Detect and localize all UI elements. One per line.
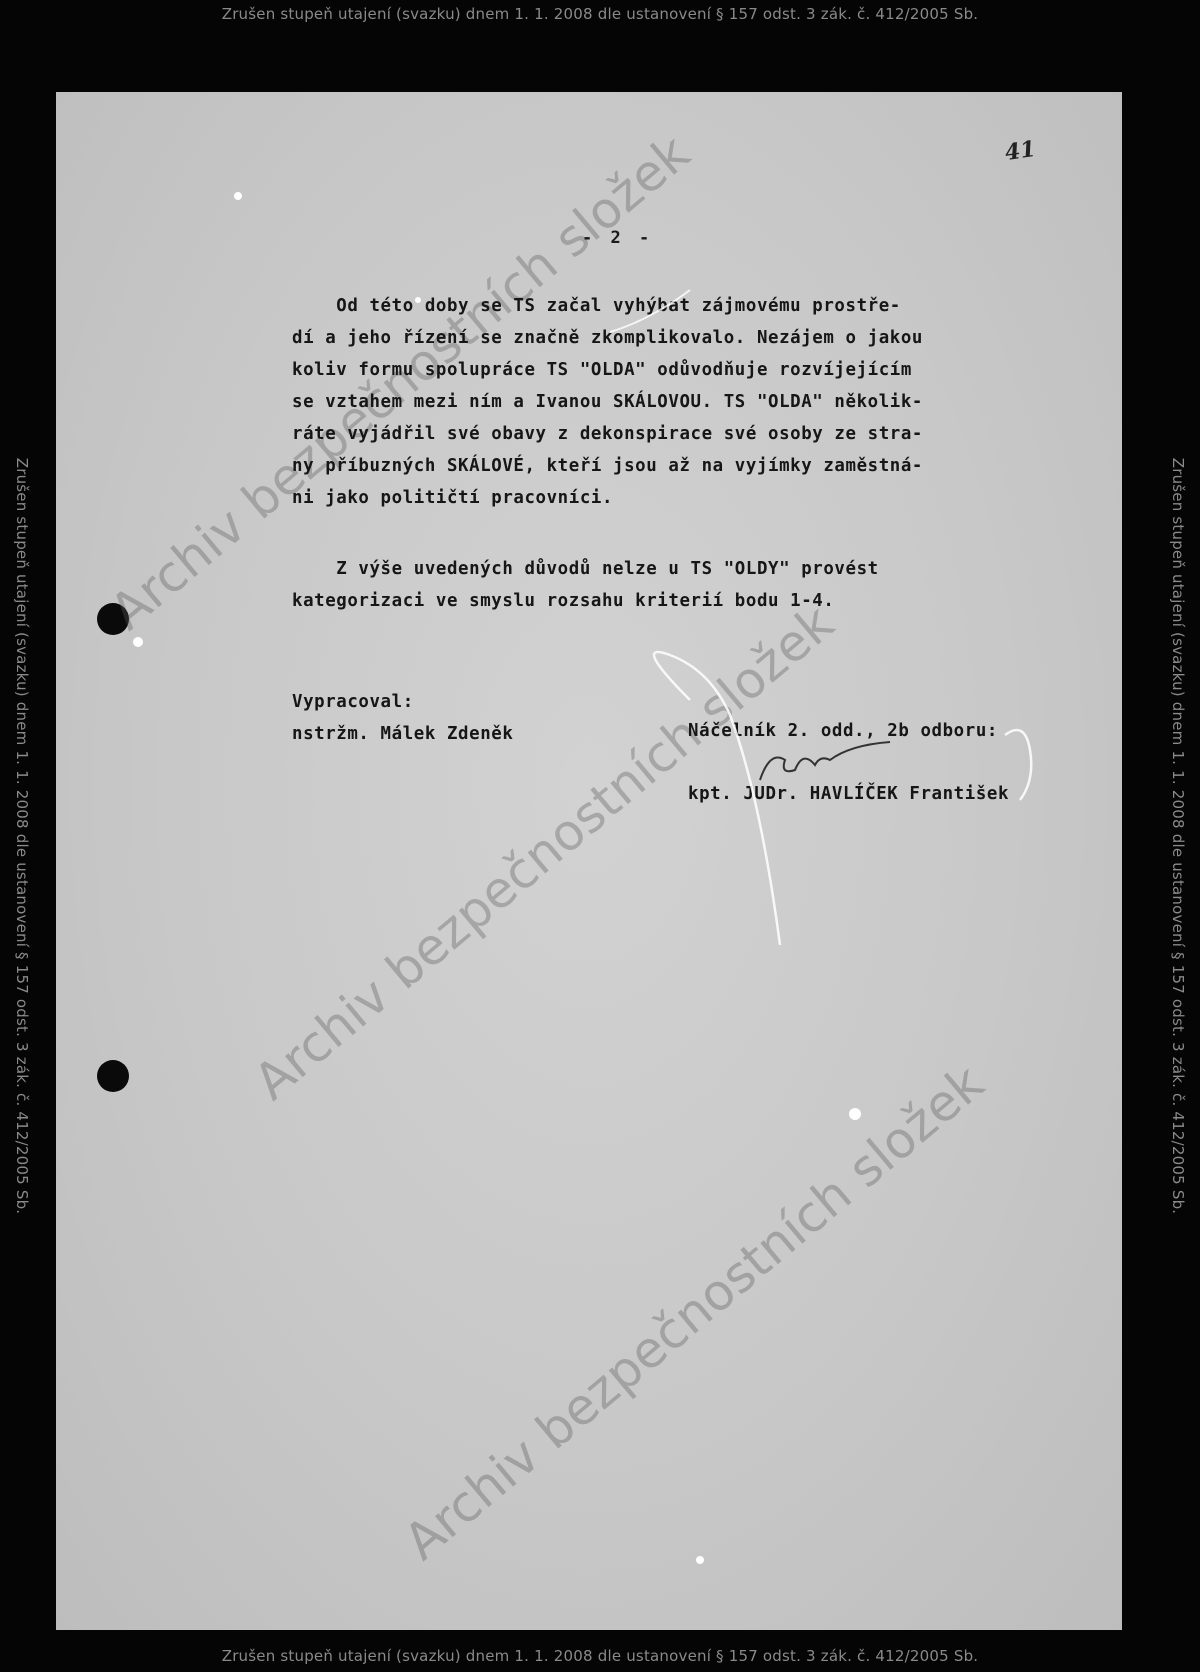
signature-stroke <box>760 742 890 780</box>
handwriting-and-scratches <box>0 0 1200 1672</box>
scratch-right <box>1005 730 1031 800</box>
scratch-loop <box>654 652 780 945</box>
scratch-top <box>610 290 690 332</box>
